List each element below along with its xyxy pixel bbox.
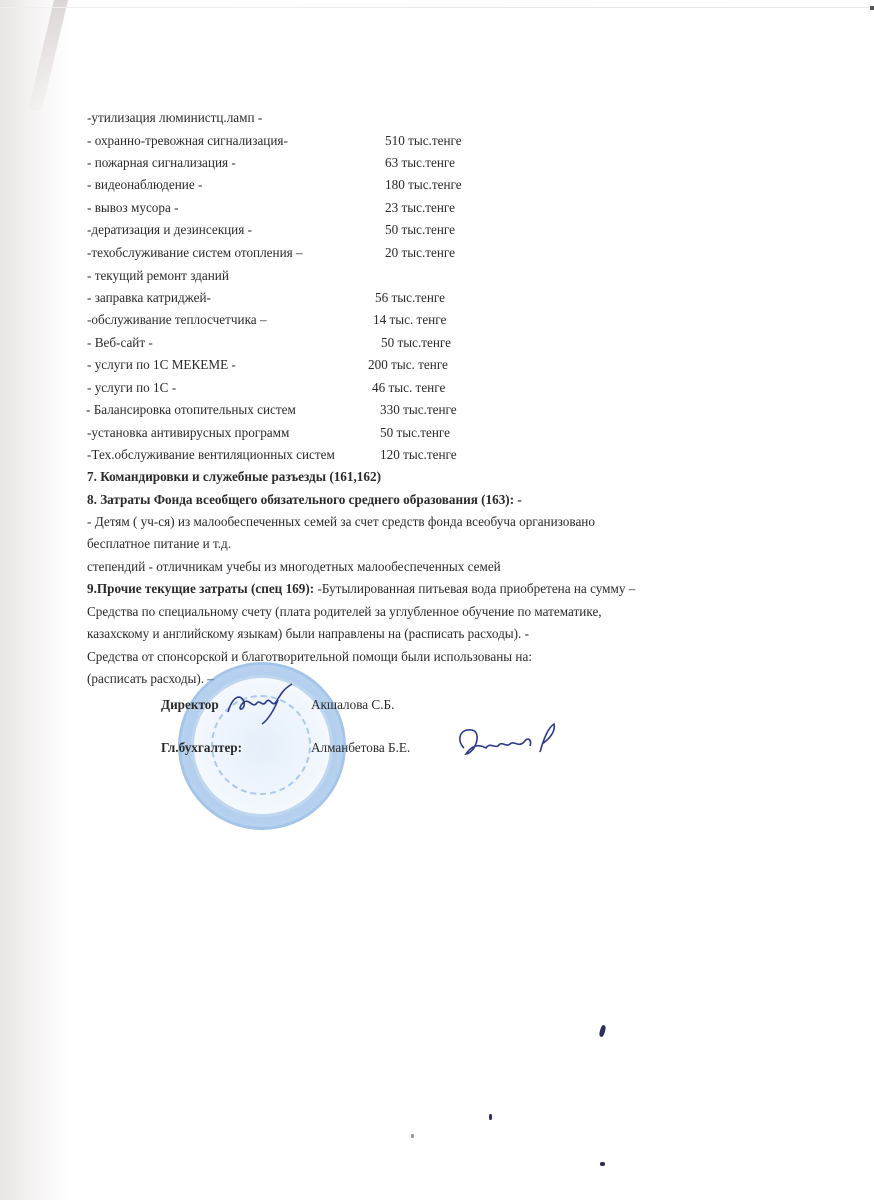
scan-speck <box>489 1114 492 1120</box>
expense-item-label: - услуги по 1С МЕКЕМЕ - <box>87 357 236 373</box>
expense-item-label: -утилизация люминистц.ламп - <box>87 110 262 126</box>
scan-corner-mark <box>870 6 874 10</box>
expense-item-value: 200 тыс. тенге <box>368 357 448 373</box>
section-8-text: степендий - отличникам учебы из многодет… <box>87 559 501 575</box>
special-account-text: Средства по специальному счету (плата ро… <box>87 604 602 620</box>
expense-item-label: - вывоз мусора - <box>87 200 179 216</box>
director-name: Акшалова С.Б. <box>311 697 394 713</box>
expense-item-label: -Тех.обслуживание вентиляционных систем <box>87 447 335 463</box>
accountant-name: Алманбетова Б.Е. <box>311 740 410 756</box>
expense-item-value: 14 тыс. тенге <box>373 312 446 328</box>
expense-item-value: 50 тыс.тенге <box>381 335 451 351</box>
director-signature-icon <box>222 678 302 728</box>
expense-item-value: 50 тыс.тенге <box>385 222 455 238</box>
sponsor-text: Средства от спонсорской и благотворитель… <box>87 649 532 665</box>
scan-speck <box>599 1025 607 1038</box>
section-9-text: -Бутылированная питьевая вода приобретен… <box>317 581 635 596</box>
section-9-heading: 9.Прочие текущие затраты (спец 169): <box>87 581 317 596</box>
expense-item-value: 510 тыс.тенге <box>385 133 462 149</box>
scan-speck <box>600 1162 605 1166</box>
sponsor-text: (расписать расходы). – <box>87 671 214 687</box>
expense-item-label: -обслуживание теплосчетчика – <box>87 312 267 328</box>
expense-item-value: 56 тыс.тенге <box>375 290 445 306</box>
expense-item-label: -дератизация и дезинсекция - <box>87 222 252 238</box>
expense-item-value: 180 тыс.тенге <box>385 177 462 193</box>
expense-item-value: 63 тыс.тенге <box>385 155 455 171</box>
expense-item-label: - Веб-сайт - <box>87 335 153 351</box>
scan-top-edge <box>0 7 874 8</box>
expense-item-label: - заправка катриджей- <box>87 290 211 306</box>
expense-item-label: - видеонаблюдение - <box>87 177 202 193</box>
expense-item-value: 330 тыс.тенге <box>380 402 457 418</box>
expense-item-label: - охранно-тревожная сигнализация- <box>87 133 288 149</box>
expense-item-value: 23 тыс.тенге <box>385 200 455 216</box>
scan-speck <box>411 1134 414 1138</box>
expense-item-label: - текущий ремонт зданий <box>87 268 229 284</box>
section-8-text: бесплатное питание и т.д. <box>87 536 231 552</box>
expense-item-label: -установка антивирусных программ <box>87 425 289 441</box>
expense-item-label: - пожарная сигнализация - <box>87 155 236 171</box>
accountant-label: Гл.бухгалтер: <box>161 740 242 756</box>
expense-item-value: 120 тыс.тенге <box>380 447 457 463</box>
expense-item-value: 20 тыс.тенге <box>385 245 455 261</box>
director-label: Директор <box>161 697 219 713</box>
scan-edge-shadow <box>0 0 70 1200</box>
section-7-heading: 7. Командировки и служебные разъезды (16… <box>87 469 381 485</box>
expense-item-value: 50 тыс.тенге <box>380 425 450 441</box>
expense-item-label: - услуги по 1С - <box>87 380 176 396</box>
special-account-text: казахскому и английскому языкам) были на… <box>87 626 529 642</box>
section-8-heading: 8. Затраты Фонда всеобщего обязательного… <box>87 492 522 508</box>
accountant-signature-icon <box>452 718 562 763</box>
expense-item-value: 46 тыс. тенге <box>372 380 445 396</box>
section-8-text: - Детям ( уч-ся) из малообеспеченных сем… <box>87 514 595 530</box>
expense-item-label: - Балансировка отопительных систем <box>86 402 296 418</box>
expense-item-label: -техобслуживание систем отопления – <box>87 245 303 261</box>
section-9-paragraph: 9.Прочие текущие затраты (спец 169): -Бу… <box>87 581 635 597</box>
